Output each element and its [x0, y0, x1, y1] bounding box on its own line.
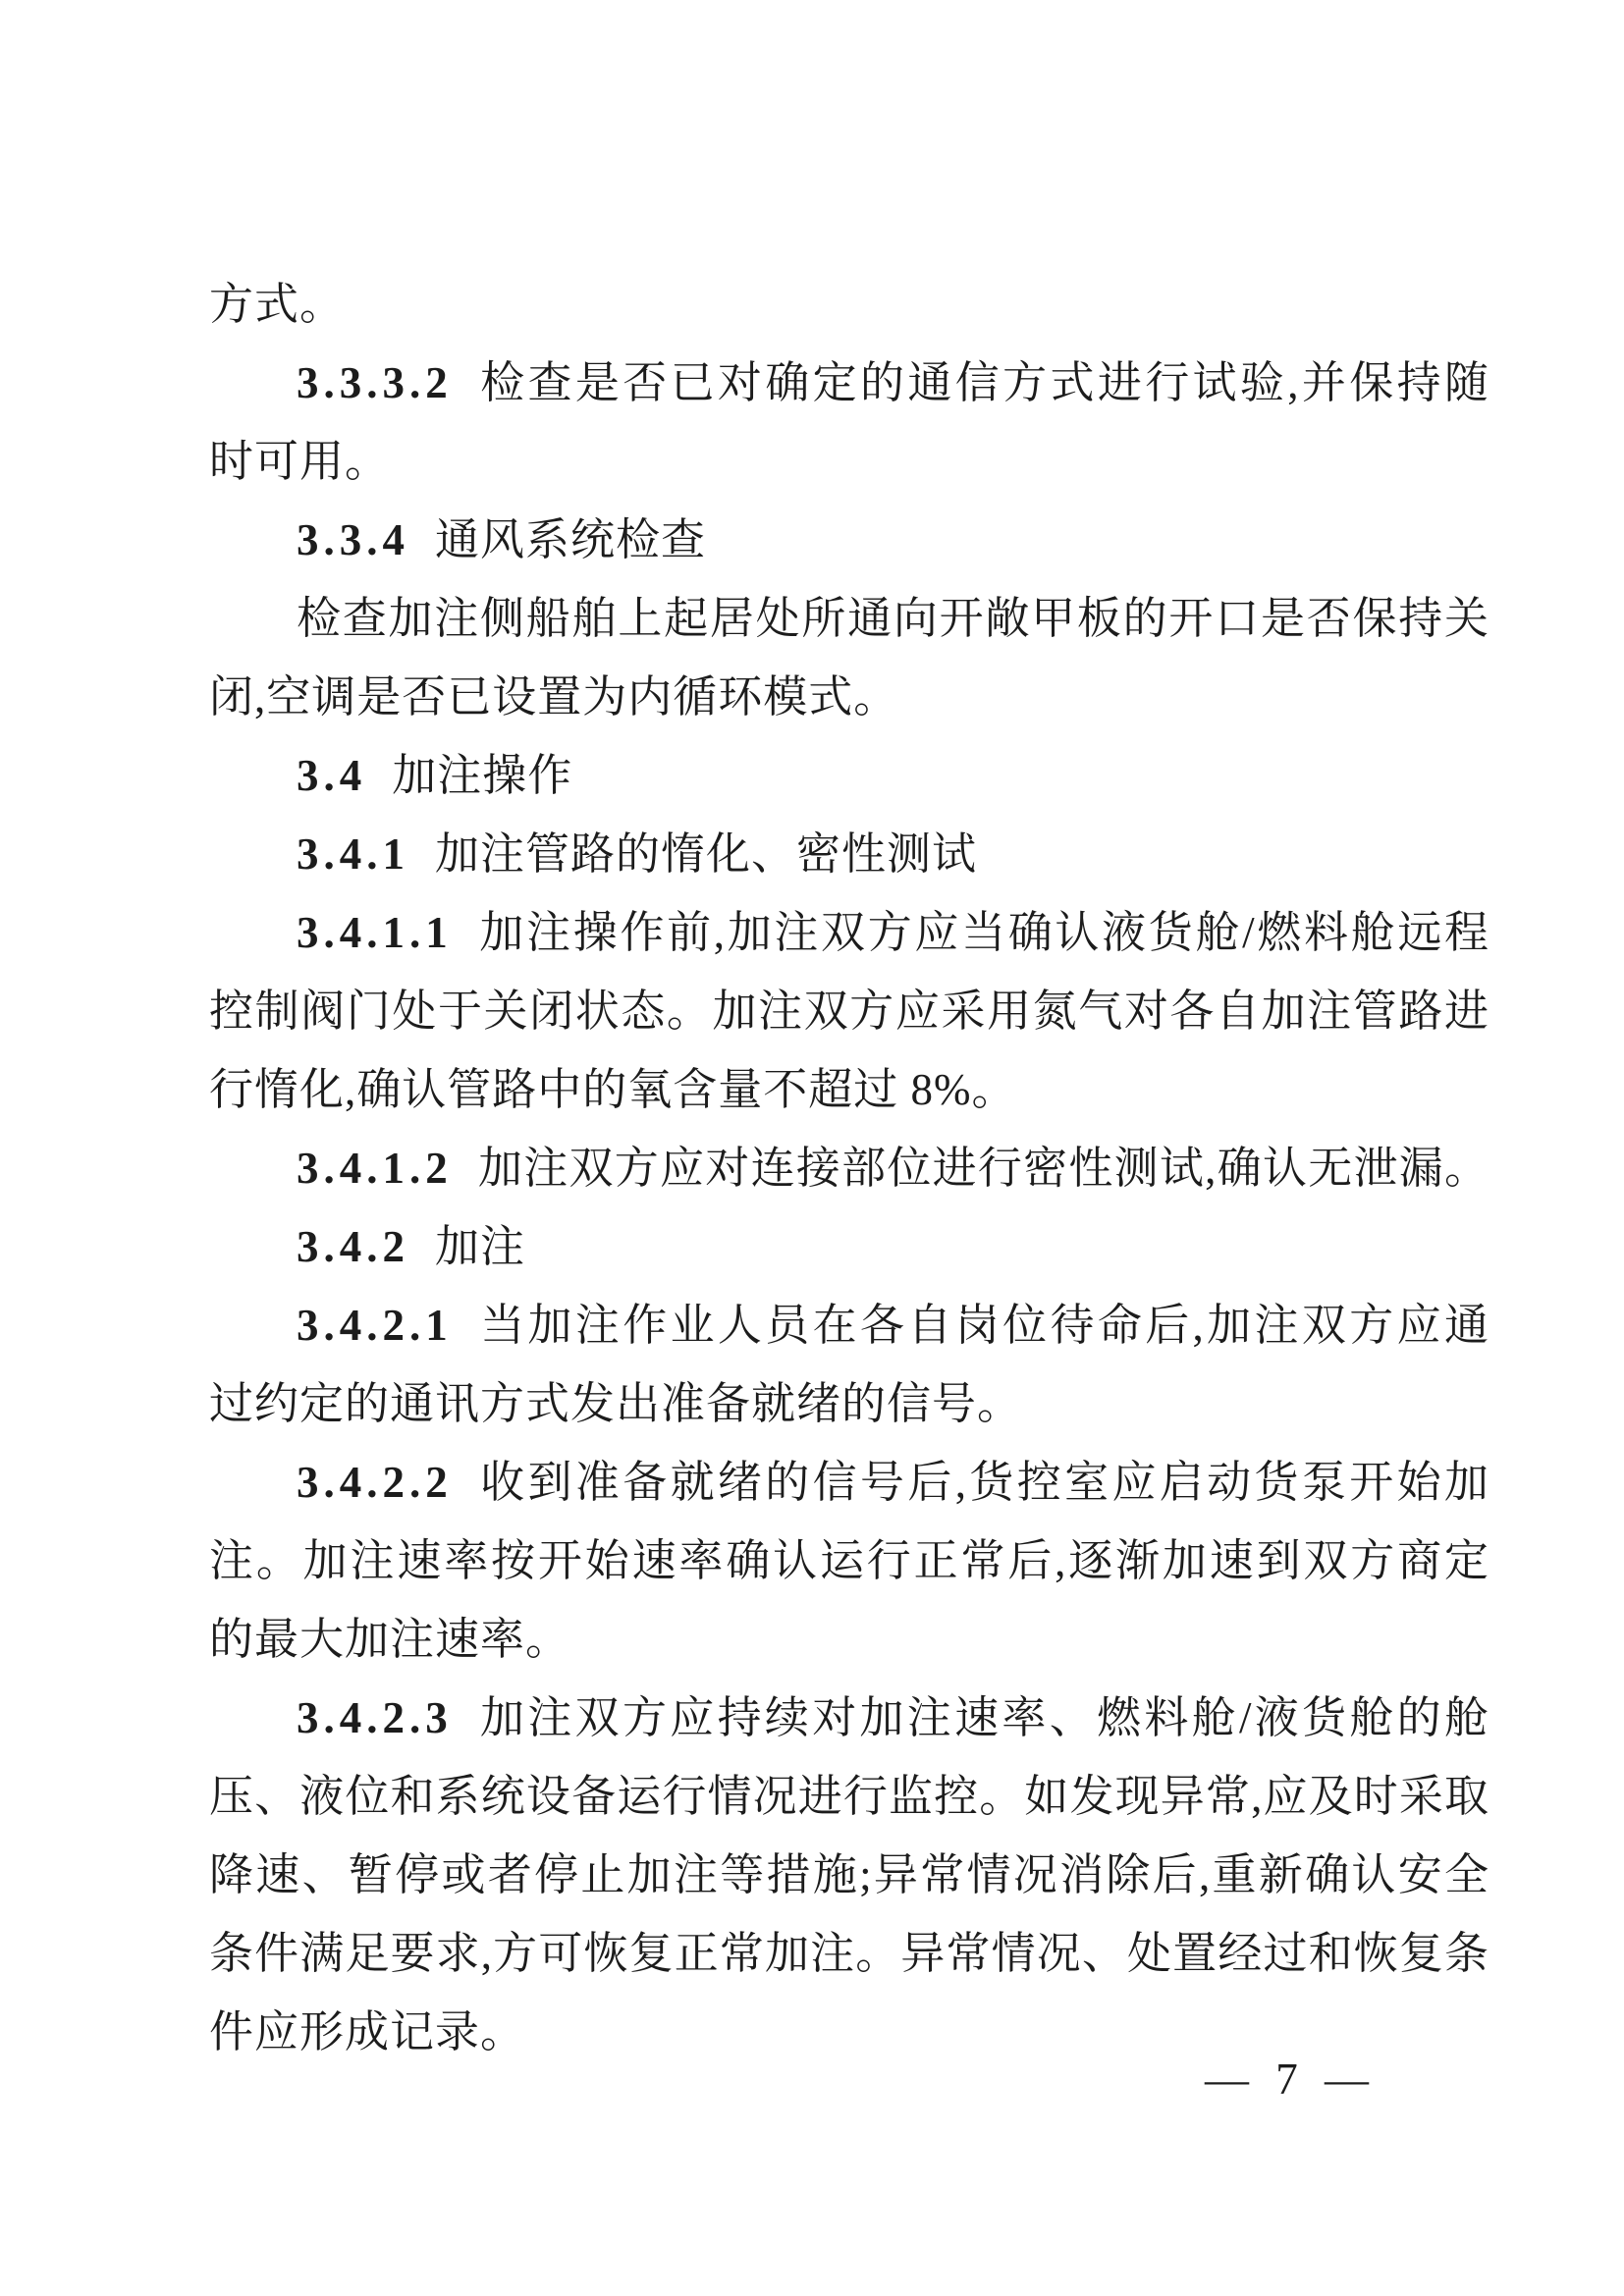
line-text: 加注操作前,加注双方应当确认液货舱/燃料舱远程 — [478, 908, 1489, 957]
line-text: 件应形成记录。 — [209, 2007, 525, 2056]
document-line: 行惰化,确认管路中的氧含量不超过 8%。 — [209, 1050, 1489, 1129]
clause-number: 3.3.3.2 — [297, 358, 453, 407]
page-number: — 7 — — [1205, 2050, 1370, 2109]
clause-number: 3.4.1.1 — [297, 908, 453, 957]
line-text: 时可用。 — [209, 437, 390, 486]
clause-number: 3.4 — [297, 751, 366, 800]
document-line: 注。加注速率按开始速率确认运行正常后,逐渐加速到双方商定 — [209, 1522, 1489, 1600]
line-text: 行惰化,确认管路中的氧含量不超过 8%。 — [209, 1065, 1017, 1114]
line-text: 检查是否已对确定的通信方式进行试验,并保持随 — [478, 358, 1489, 407]
line-text: 闭,空调是否已设置为内循环模式。 — [209, 672, 898, 721]
document-line: 降速、暂停或者停止加注等措施;异常情况消除后,重新确认安全 — [209, 1836, 1489, 1914]
clause-number: 3.4.2.3 — [297, 1693, 453, 1742]
line-text: 注。加注速率按开始速率确认运行正常后,逐渐加速到双方商定 — [209, 1536, 1489, 1585]
document-heading: 3.4加注操作 — [209, 736, 1489, 815]
document-line: 3.3.3.2检查是否已对确定的通信方式进行试验,并保持随 — [209, 344, 1489, 422]
document-line: 的最大加注速率。 — [209, 1600, 1489, 1679]
clause-number: 3.4.2 — [297, 1222, 409, 1271]
document-line: 压、液位和系统设备运行情况进行监控。如发现异常,应及时采取 — [209, 1757, 1489, 1836]
clause-number: 3.4.2.1 — [297, 1301, 453, 1350]
line-text: 收到准备就绪的信号后,货控室应启动货泵开始加 — [478, 1458, 1489, 1507]
document-heading: 3.4.1加注管路的惰化、密性测试 — [209, 815, 1489, 893]
line-text: 当加注作业人员在各自岗位待命后,加注双方应通 — [478, 1301, 1489, 1350]
line-text: 降速、暂停或者停止加注等措施;异常情况消除后,重新确认安全 — [209, 1850, 1489, 1899]
document-line: 3.4.1.2加注双方应对连接部位进行密性测试,确认无泄漏。 — [209, 1129, 1489, 1207]
line-text: 加注双方应对连接部位进行密性测试,确认无泄漏。 — [478, 1144, 1489, 1193]
document-line: 3.4.2.3加注双方应持续对加注速率、燃料舱/液货舱的舱 — [209, 1679, 1489, 1757]
heading-text: 加注 — [435, 1222, 525, 1271]
document-line: 检查加注侧船舶上起居处所通向开敞甲板的开口是否保持关 — [209, 579, 1489, 658]
document-line: 3.4.2.2收到准备就绪的信号后,货控室应启动货泵开始加 — [209, 1443, 1489, 1522]
heading-text: 加注管路的惰化、密性测试 — [435, 829, 977, 879]
line-text: 条件满足要求,方可恢复正常加注。异常情况、处置经过和恢复条 — [209, 1929, 1489, 1978]
clause-number: 3.4.1.2 — [297, 1144, 453, 1193]
clause-number: 3.3.4 — [297, 515, 409, 564]
clause-number: 3.4.1 — [297, 829, 409, 879]
document-line: 控制阀门处于关闭状态。加注双方应采用氮气对各自加注管路进 — [209, 972, 1489, 1050]
document-heading: 3.3.4通风系统检查 — [209, 501, 1489, 579]
heading-text: 加注操作 — [392, 751, 572, 800]
line-text: 的最大加注速率。 — [209, 1615, 570, 1664]
document-line: 方式。 — [209, 265, 1489, 344]
document-heading: 3.4.2加注 — [209, 1207, 1489, 1286]
line-text: 过约定的通讯方式发出准备就绪的信号。 — [209, 1379, 1022, 1428]
document-line: 3.4.1.1加注操作前,加注双方应当确认液货舱/燃料舱远程 — [209, 893, 1489, 972]
heading-text: 通风系统检查 — [435, 515, 706, 564]
clause-number: 3.4.2.2 — [297, 1458, 453, 1507]
document-line: 3.4.2.1当加注作业人员在各自岗位待命后,加注双方应通 — [209, 1286, 1489, 1364]
document-line: 条件满足要求,方可恢复正常加注。异常情况、处置经过和恢复条 — [209, 1914, 1489, 1993]
line-text: 压、液位和系统设备运行情况进行监控。如发现异常,应及时采取 — [209, 1772, 1489, 1821]
line-text: 检查加注侧船舶上起居处所通向开敞甲板的开口是否保持关 — [297, 594, 1489, 643]
line-text: 方式。 — [209, 280, 345, 329]
line-text: 加注双方应持续对加注速率、燃料舱/液货舱的舱 — [478, 1693, 1489, 1742]
document-line: 过约定的通讯方式发出准备就绪的信号。 — [209, 1364, 1489, 1443]
document-line: 闭,空调是否已设置为内循环模式。 — [209, 658, 1489, 736]
document-body: 方式。 3.3.3.2检查是否已对确定的通信方式进行试验,并保持随 时可用。 3… — [209, 265, 1489, 2071]
document-page: 方式。 3.3.3.2检查是否已对确定的通信方式进行试验,并保持随 时可用。 3… — [0, 0, 1624, 2296]
document-line: 时可用。 — [209, 422, 1489, 501]
line-text: 控制阀门处于关闭状态。加注双方应采用氮气对各自加注管路进 — [209, 987, 1489, 1036]
